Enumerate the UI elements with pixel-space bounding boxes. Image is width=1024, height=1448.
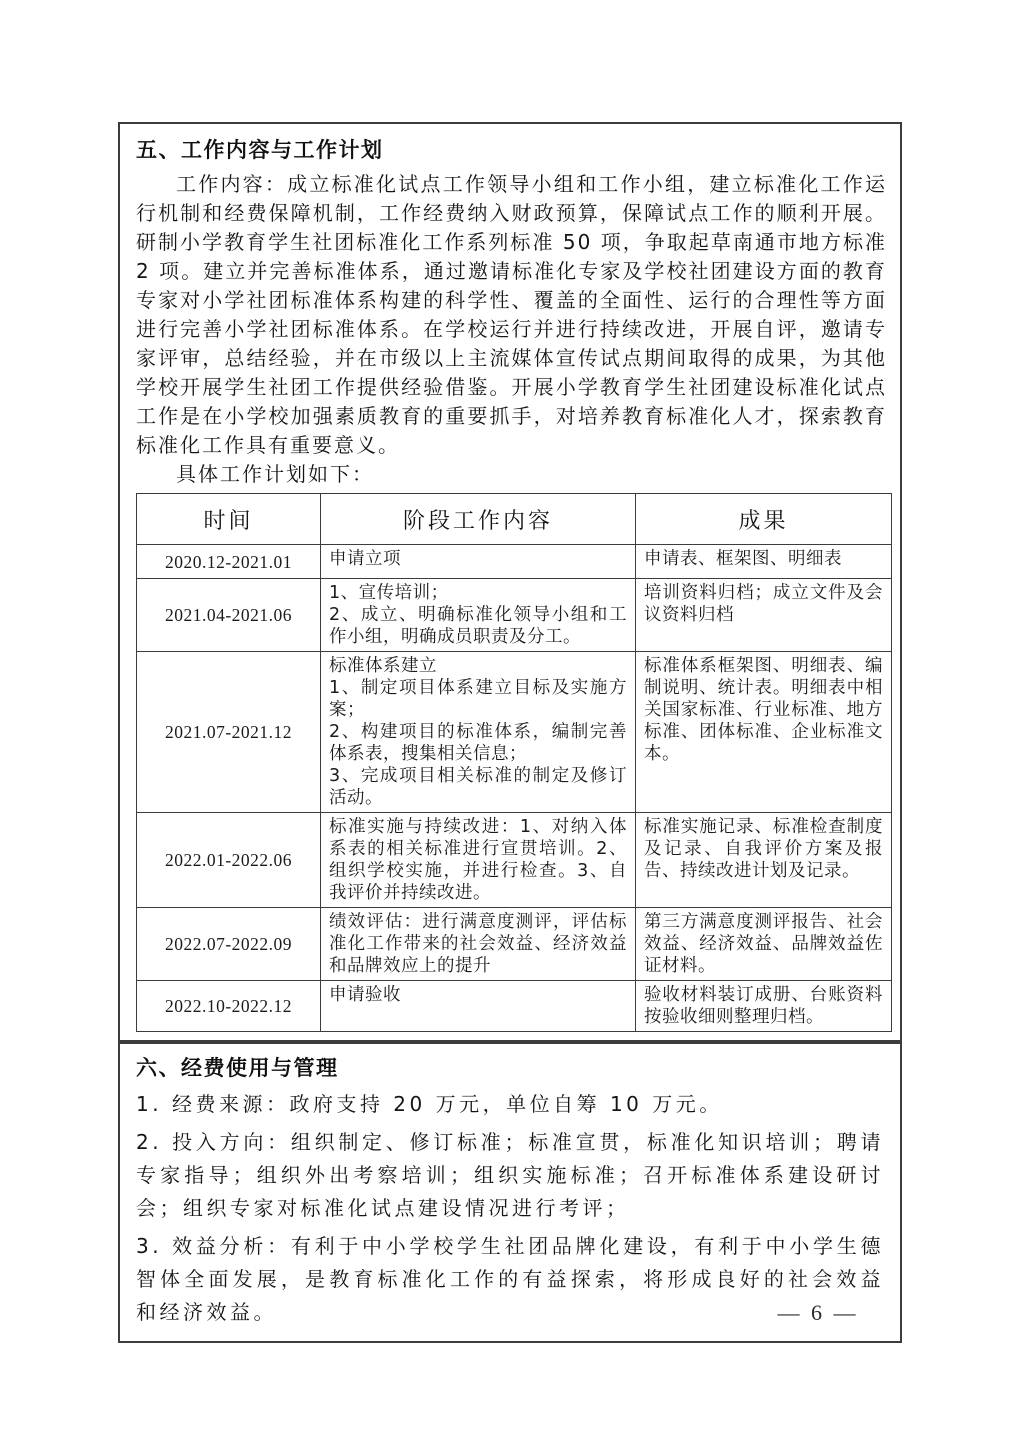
table-row: 2020.12-2021.01 申请立项 申请表、框架图、明细表	[137, 545, 892, 579]
plan-content-cell: 绩效评估：进行满意度测评，评估标准化工作带来的社会效益、经济效益和品牌效应上的提…	[321, 908, 636, 981]
plan-content-cell: 申请立项	[321, 545, 636, 579]
content-column: 五、工作内容与工作计划 工作内容：成立标准化试点工作领导小组和工作小组，建立标准…	[118, 122, 902, 1343]
table-row: 2022.01-2022.06 标准实施与持续改进：1、对纳入体系表的相关标准进…	[137, 813, 892, 908]
plan-content-cell: 标准实施与持续改进：1、对纳入体系表的相关标准进行宣贯培训。2、组织学校实施，并…	[321, 813, 636, 908]
plan-result-cell: 验收材料装订成册、台账资料按验收细则整理归档。	[636, 981, 892, 1032]
col-header-stage-content: 阶段工作内容	[321, 494, 636, 545]
section-six: 六、经费使用与管理 1. 经费来源：政府支持 20 万元，单位自筹 10 万元。…	[118, 1042, 902, 1343]
investment-direction-item: 2. 投入方向：组织制定、修订标准；标准宣贯，标准化知识培训；聘请专家指导；组织…	[136, 1126, 884, 1225]
table-row: 2022.07-2022.09 绩效评估：进行满意度测评，评估标准化工作带来的社…	[137, 908, 892, 981]
plan-result-cell: 培训资料归档；成立文件及会议资料归档	[636, 579, 892, 652]
section-five-title: 五、工作内容与工作计划	[136, 134, 887, 164]
table-row: 2021.07-2021.12 标准体系建立 1、制定项目体系建立目标及实施方案…	[137, 652, 892, 813]
document-page: 五、工作内容与工作计划 工作内容：成立标准化试点工作领导小组和工作小组，建立标准…	[0, 0, 1024, 1448]
table-header-row: 时间 阶段工作内容 成果	[137, 494, 892, 545]
work-content-paragraph: 工作内容：成立标准化试点工作领导小组和工作小组，建立标准化工作运行机制和经费保障…	[136, 170, 887, 460]
plan-time-cell: 2022.01-2022.06	[137, 813, 321, 908]
work-plan-table: 时间 阶段工作内容 成果 2020.12-2021.01 申请立项 申请表、框架…	[136, 493, 892, 1032]
plan-content-cell: 申请验收	[321, 981, 636, 1032]
plan-time-cell: 2020.12-2021.01	[137, 545, 321, 579]
plan-time-cell: 2021.07-2021.12	[137, 652, 321, 813]
table-row: 2022.10-2022.12 申请验收 验收材料装订成册、台账资料按验收细则整…	[137, 981, 892, 1032]
plan-result-cell: 申请表、框架图、明细表	[636, 545, 892, 579]
funding-source-item: 1. 经费来源：政府支持 20 万元，单位自筹 10 万元。	[136, 1088, 884, 1121]
plan-content-cell: 标准体系建立 1、制定项目体系建立目标及实施方案； 2、构建项目的标准体系，编制…	[321, 652, 636, 813]
col-header-result: 成果	[636, 494, 892, 545]
plan-result-cell: 标准实施记录、标准检查制度及记录、自我评价方案及报告、持续改进计划及记录。	[636, 813, 892, 908]
plan-result-cell: 标准体系框架图、明细表、编制说明、统计表。明细表中相关国家标准、行业标准、地方标…	[636, 652, 892, 813]
section-six-title: 六、经费使用与管理	[136, 1052, 884, 1082]
col-header-time: 时间	[137, 494, 321, 545]
plan-time-cell: 2022.07-2022.09	[137, 908, 321, 981]
table-row: 2021.04-2021.06 1、宣传培训； 2、成立、明确标准化领导小组和工…	[137, 579, 892, 652]
plan-time-cell: 2021.04-2021.06	[137, 579, 321, 652]
plan-result-cell: 第三方满意度测评报告、社会效益、经济效益、品牌效益佐证材料。	[636, 908, 892, 981]
section-five: 五、工作内容与工作计划 工作内容：成立标准化试点工作领导小组和工作小组，建立标准…	[118, 122, 902, 1042]
plan-content-cell: 1、宣传培训； 2、成立、明确标准化领导小组和工作小组，明确成员职责及分工。	[321, 579, 636, 652]
plan-intro-line: 具体工作计划如下：	[136, 460, 887, 489]
page-number: — 6 —	[763, 1300, 873, 1326]
plan-time-cell: 2022.10-2022.12	[137, 981, 321, 1032]
